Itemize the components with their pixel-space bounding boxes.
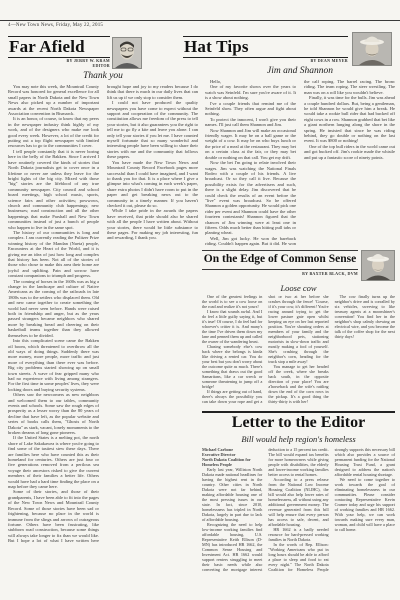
paragraph: I've a couple friends that remind me of …	[205, 101, 296, 117]
paragraph: One of the top bull riders in the world …	[304, 144, 395, 160]
far-afield-title: Far Afield	[9, 38, 110, 56]
common-sense-bottom-rule	[202, 269, 358, 270]
far-afield-body: You may note this week, the Mountrail Co…	[8, 84, 198, 545]
paragraph: You may note this week, the Mountrail Co…	[8, 84, 99, 116]
paragraph: If the United States is a melting pot, t…	[8, 435, 99, 489]
folio-line: 4—New Town News, Friday, May 22, 2015	[8, 23, 258, 28]
letter-signature-block: Michael CarboneExecutive DirectorNorth D…	[202, 447, 262, 467]
paragraph: Now the bet I'm going to relate involved…	[205, 160, 296, 236]
jerry-kram-portrait-photo	[112, 37, 142, 69]
common-sense-top-rule	[202, 250, 358, 251]
paragraph: The cow finally turns up the neighbor's …	[335, 294, 395, 339]
common-sense-kicker: Loose cow	[202, 283, 395, 293]
top-folio-rule	[0, 20, 400, 21]
paragraph: Early last year, Williston North Dakota …	[202, 467, 262, 522]
paragraph: HR 1662 is a badly needed resource for h…	[268, 527, 328, 542]
paragraph: Others saw the newcomers as new neighbor…	[8, 392, 99, 435]
hat-tips-kicker: Jim and Shannon	[205, 66, 395, 76]
paragraph: To protect the innocent, I won't give yo…	[205, 117, 296, 128]
letter-kicker: Bill would help region's homeless	[202, 434, 395, 444]
paragraph: It is an honor, of course, to know that …	[8, 116, 99, 148]
letter-top-rule	[202, 411, 395, 413]
paragraph: While I take pride in the awards the pap…	[107, 208, 198, 240]
paragraph: Finally, it was time for the bulls. Jim …	[304, 95, 395, 144]
letter-header: Letter to the Editor	[202, 414, 395, 431]
hat-tips-title: Hat Tips	[184, 38, 348, 56]
hat-tips-body: Hello,One of my favorite shows over the …	[205, 79, 395, 247]
paragraph: I tell people constantly that it is neve…	[8, 149, 99, 230]
common-sense-byline: BY BAXTER BLACK, DVM	[202, 272, 358, 277]
letter-title: Letter to the Editor	[202, 414, 395, 431]
paragraph: You have made the New Town News and Moun…	[107, 160, 198, 209]
newspaper-page: { "page": { "folio": "4\u2014New Town Ne…	[0, 0, 400, 600]
far-afield-kicker: Thank you	[8, 71, 198, 81]
paragraph: Chasing somebody else's cow back where s…	[202, 344, 262, 389]
paragraph: According to a press release from the Na…	[268, 477, 328, 527]
paragraph: One of the greatest feelings in the worl…	[202, 294, 262, 309]
letter-body: Michael CarboneExecutive DirectorNorth D…	[202, 447, 395, 575]
far-afield-byline: BY JERRY W. KRAM EDITOR	[8, 59, 110, 68]
paragraph: We need to come together to work towards…	[335, 477, 395, 532]
paragraph: I know that sounds awful. And I do feel …	[202, 309, 262, 344]
man-with-beard-photo-graphic	[113, 38, 141, 68]
far-afield-byline-role: EDITOR	[8, 64, 110, 69]
paragraph: Now Shannon and Jim will make an occasio…	[205, 128, 296, 160]
hat-tips-byline: BY DEAN MEYER	[183, 59, 348, 64]
paragraph: You manage to get her headed off the cre…	[268, 364, 328, 404]
paragraph: One of my favorite shows over the years …	[205, 84, 296, 100]
hat-tips-header: Hat Tips	[183, 36, 348, 58]
man-in-cowboy-hat-photo-graphic	[353, 33, 391, 65]
letter-paragraphs: Early last year, Williston North Dakota …	[202, 447, 395, 575]
far-afield-header: Far Afield	[8, 36, 110, 58]
baxter-black-portrait-photo	[361, 250, 395, 281]
paragraph: I could not have produced the quality ne…	[107, 100, 198, 159]
paragraph: The coming of horses in the 1600s was as…	[8, 279, 99, 338]
dean-meyer-portrait-photo	[352, 32, 392, 66]
paragraph: The history of our communities is long a…	[8, 230, 99, 279]
man-in-white-cowboy-hat-photo-graphic	[362, 251, 394, 280]
common-sense-body: One of the greatest feelings in the worl…	[202, 294, 395, 408]
common-sense-title: On the Edge of Common Sense	[202, 253, 358, 266]
common-sense-header: On the Edge of Common Sense	[202, 253, 358, 266]
paragraph: Into this complicated scene came the Bak…	[8, 338, 99, 392]
